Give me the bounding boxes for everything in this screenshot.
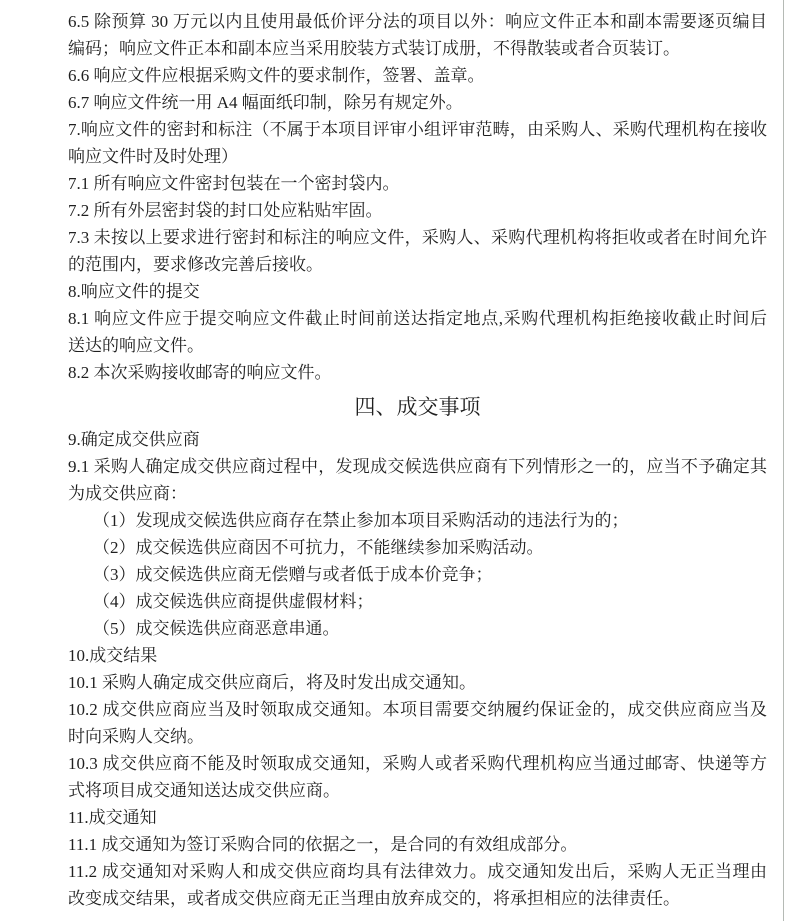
text-line: 6.7 响应文件统一用 A4 幅面纸印制，除另有规定外。 <box>68 89 767 116</box>
text-line: 6.6 响应文件应根据采购文件的要求制作，签署、盖章。 <box>68 62 767 89</box>
text-line: （3）成交候选供应商无偿赠与或者低于成本价竞争； <box>68 561 767 588</box>
text-line: 11.1 成交通知为签订采购合同的依据之一，是合同的有效组成部分。 <box>68 831 767 858</box>
text-line: 8.响应文件的提交 <box>68 278 767 305</box>
section-heading: 四、成交事项 <box>68 392 767 422</box>
page-right-edge <box>783 0 784 921</box>
text-line: 为成交供应商： <box>68 480 767 507</box>
text-line: 8.2 本次采购接收邮寄的响应文件。 <box>68 359 767 386</box>
text-line: 7.3 未按以上要求进行密封和标注的响应文件，采购人、采购代理机构将拒收或者在时… <box>68 224 767 251</box>
text-line: （4）成交候选供应商提供虚假材料； <box>68 588 767 615</box>
text-line: 7.响应文件的密封和标注（不属于本项目评审小组评审范畴，由采购人、采购代理机构在… <box>68 116 767 143</box>
text-line: 响应文件时及时处理） <box>68 143 767 170</box>
text-line: 送达的响应文件。 <box>68 332 767 359</box>
text-line: 8.1 响应文件应于提交响应文件截止时间前送达指定地点,采购代理机构拒绝接收截止… <box>68 305 767 332</box>
text-line: 改变成交结果，或者成交供应商无正当理由放弃成交的，将承担相应的法律责任。 <box>68 885 767 912</box>
text-line: 10.3 成交供应商不能及时领取成交通知，采购人或者采购代理机构应当通过邮寄、快… <box>68 750 767 777</box>
text-line: 的范围内，要求修改完善后接收。 <box>68 251 767 278</box>
text-line: 时向采购人交纳。 <box>68 723 767 750</box>
text-line: 编码；响应文件正本和副本应当采用胶装方式装订成册，不得散装或者合页装订。 <box>68 35 767 62</box>
text-line: 10.1 采购人确定成交供应商后，将及时发出成交通知。 <box>68 669 767 696</box>
text-line: （5）成交候选供应商恶意串通。 <box>68 615 767 642</box>
text-line: 11.2 成交通知对采购人和成交供应商均具有法律效力。成交通知发出后，采购人无正… <box>68 858 767 885</box>
text-line: 9.1 采购人确定成交供应商过程中，发现成交候选供应商有下列情形之一的，应当不予… <box>68 453 767 480</box>
text-line: 式将项目成交通知送达成交供应商。 <box>68 777 767 804</box>
text-line: 10.2 成交供应商应当及时领取成交通知。本项目需要交纳履约保证金的，成交供应商… <box>68 696 767 723</box>
text-line: 6.5 除预算 30 万元以内且使用最低价评分法的项目以外：响应文件正本和副本需… <box>68 8 767 35</box>
document-body: 6.5 除预算 30 万元以内且使用最低价评分法的项目以外：响应文件正本和副本需… <box>68 8 767 912</box>
text-line: 7.1 所有响应文件密封包装在一个密封袋内。 <box>68 170 767 197</box>
text-line: 11.成交通知 <box>68 804 767 831</box>
text-line: 7.2 所有外层密封袋的封口处应粘贴牢固。 <box>68 197 767 224</box>
text-line: （1）发现成交候选供应商存在禁止参加本项目采购活动的违法行为的； <box>68 507 767 534</box>
text-line: 10.成交结果 <box>68 642 767 669</box>
text-line: （2）成交候选供应商因不可抗力，不能继续参加采购活动。 <box>68 534 767 561</box>
document-page: 6.5 除预算 30 万元以内且使用最低价评分法的项目以外：响应文件正本和副本需… <box>0 0 795 921</box>
text-line: 9.确定成交供应商 <box>68 426 767 453</box>
